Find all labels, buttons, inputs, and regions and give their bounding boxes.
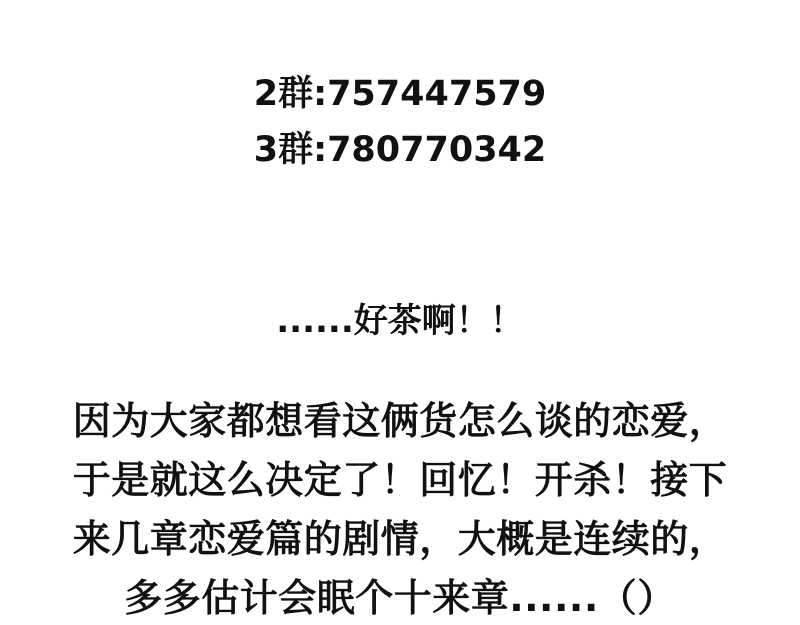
paragraph-line: 多多估计会眠个十来章......（）	[0, 569, 800, 625]
group-numbers: 2群:757447579 3群:780770342	[0, 66, 800, 178]
author-note-paragraph: 因为大家都想看这俩货怎么谈的恋爱， 于是就这么决定了！回忆！开杀！接下 来几章恋…	[0, 392, 800, 625]
paragraph-line: 因为大家都想看这俩货怎么谈的恋爱，	[0, 392, 800, 451]
paragraph-line: 于是就这么决定了！回忆！开杀！接下	[0, 451, 800, 510]
group-3-number: 3群:780770342	[0, 122, 800, 178]
paragraph-line: 来几章恋爱篇的剧情，大概是连续的，	[0, 510, 800, 569]
exclamation-text: ......好茶啊！！	[0, 296, 800, 346]
group-2-number: 2群:757447579	[0, 66, 800, 122]
